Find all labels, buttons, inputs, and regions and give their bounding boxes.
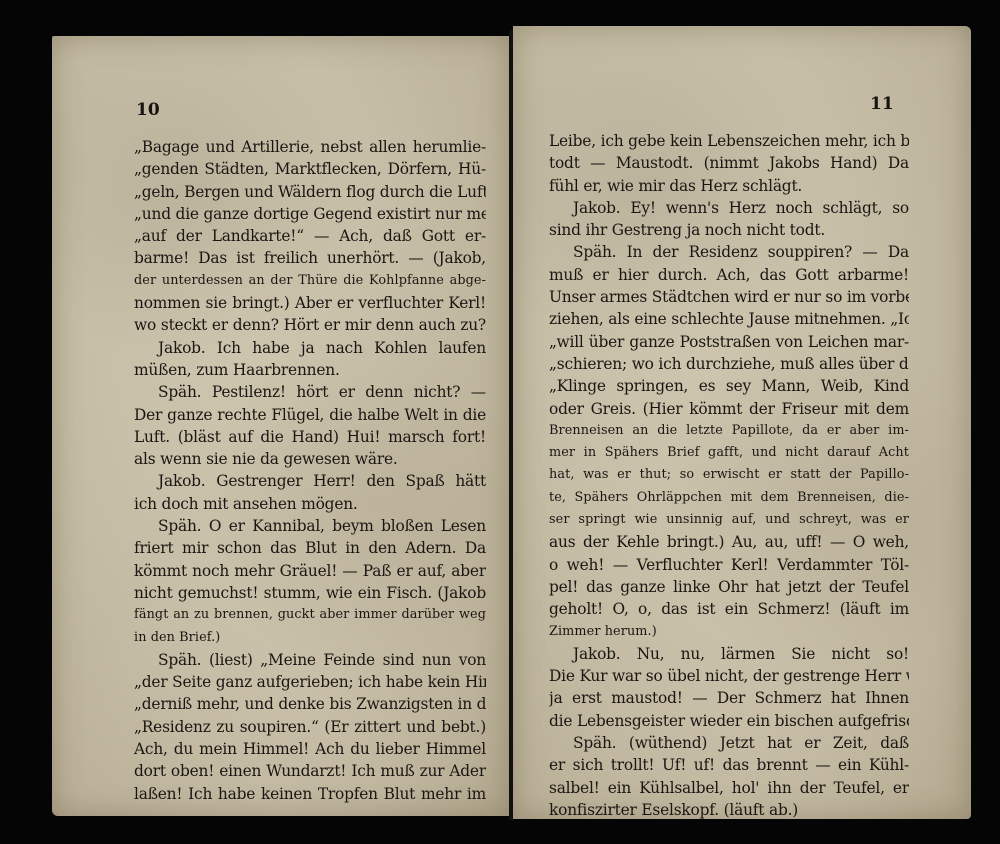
page-number-right: 11 [870,94,894,114]
text-line: kömmt noch mehr Gräuel! — Paß er auf, ab… [134,560,486,582]
text-line: mer in Spähers Brief gafft, und nicht da… [549,442,909,464]
text-line: „und die ganze dortige Gegend existirt n… [134,203,486,225]
text-line: nommen sie bringt.) Aber er verfluchter … [134,292,486,314]
text-line: friert mir schon das Blut in den Adern. … [134,537,486,559]
text-line: Ach, du mein Himmel! Ach du lieber Himme… [134,738,486,760]
text-line: Luft. (bläst auf die Hand) Hui! marsch f… [134,426,486,448]
text-line: Jakob. Ich habe ja nach Kohlen laufen [134,337,486,359]
text-line: Späh. Pestilenz! hört er denn nicht? — [134,381,486,403]
text-line: Späh. (liest) „Meine Feinde sind nun von [134,649,486,671]
text-line: Leibe, ich gebe kein Lebenszeichen mehr,… [549,130,909,152]
text-line: dort oben! einen Wundarzt! Ich muß zur A… [134,760,486,782]
text-line: ziehen, als eine schlechte Jause mitnehm… [549,308,909,330]
text-line: Späh. O er Kannibal, beym bloßen Lesen [134,515,486,537]
text-line: „geln, Bergen und Wäldern flog durch die… [134,181,486,203]
text-line: sind ihr Gestreng ja noch nicht todt. [549,219,909,241]
text-line: Späh. In der Residenz souppiren? — Da [549,241,909,263]
text-line: fühl er, wie mir das Herz schlägt. [549,175,909,197]
text-line: laßen! Ich habe keinen Tropfen Blut mehr… [134,783,486,805]
text-line: ja erst maustod! — Der Schmerz hat Ihnen [549,687,909,709]
text-line: Unser armes Städtchen wird er nur so im … [549,286,909,308]
text-line: „Residenz zu soupiren.“ (Er zittert und … [134,716,486,738]
left-page-text: „Bagage und Artillerie, nebst allen heru… [134,136,486,805]
text-line: konfiszirter Eselskopf. (läuft ab.) [549,799,909,821]
text-line: fängt an zu brennen, guckt aber immer da… [134,604,486,626]
text-line: müßen, zum Haarbrennen. [134,359,486,381]
text-line: aus der Kehle bringt.) Au, au, uff! — O … [549,531,909,553]
text-line: die Lebensgeister wieder ein bischen auf… [549,710,909,732]
text-line: salbel! ein Kühlsalbel, hol' ihn der Teu… [549,777,909,799]
text-line: „der Seite ganz aufgerieben; ich habe ke… [134,671,486,693]
text-line: ser springt wie unsinnig auf, und schrey… [549,509,909,531]
text-line: Die Kur war so übel nicht, der gestrenge… [549,665,909,687]
text-line: geholt! O, o, das ist ein Schmerz! (läuf… [549,598,909,620]
text-line: in den Brief.) [134,627,486,649]
text-line: Jakob. Ey! wenn's Herz noch schlägt, so [549,197,909,219]
text-line: hat, was er thut; so erwischt er statt d… [549,464,909,486]
text-line: „auf der Landkarte!“ — Ach, daß Gott er- [134,225,486,247]
page-number-left: 10 [136,100,160,120]
right-page-text: Leibe, ich gebe kein Lebenszeichen mehr,… [549,130,909,821]
text-line: Der ganze rechte Flügel, die halbe Welt … [134,404,486,426]
text-line: der unterdessen an der Thüre die Kohlpfa… [134,270,486,292]
text-line: Jakob. Gestrenger Herr! den Spaß hätt [134,470,486,492]
text-line: wo steckt er denn? Hört er mir denn auch… [134,314,486,336]
text-line: „derniß mehr, und denke bis Zwanzigsten … [134,693,486,715]
text-line: „will über ganze Poststraßen von Leichen… [549,331,909,353]
text-line: Zimmer herum.) [549,621,909,643]
text-line: er sich trollt! Uf! uf! das brennt — ein… [549,754,909,776]
text-line: Späh. (wüthend) Jetzt hat er Zeit, daß [549,732,909,754]
text-line: muß er hier durch. Ach, das Gott arbarme… [549,264,909,286]
text-line: o weh! — Verfluchter Kerl! Verdammter Tö… [549,554,909,576]
text-line: „genden Städten, Marktflecken, Dörfern, … [134,158,486,180]
right-page: 11 Leibe, ich gebe kein Lebenszeichen me… [513,26,971,819]
text-line: „Bagage und Artillerie, nebst allen heru… [134,136,486,158]
text-line: barme! Das ist freilich unerhört. — (Jak… [134,247,486,269]
text-line: todt — Maustodt. (nimmt Jakobs Hand) Da [549,152,909,174]
left-page: 10 „Bagage und Artillerie, nebst allen h… [52,36,509,816]
text-line: „Klinge springen, es sey Mann, Weib, Kin… [549,375,909,397]
text-line: als wenn sie nie da gewesen wäre. [134,448,486,470]
text-line: „schieren; wo ich durchziehe, muß alles … [549,353,909,375]
text-line: Brenneisen an die letzte Papillote, da e… [549,420,909,442]
text-line: oder Greis. (Hier kömmt der Friseur mit … [549,398,909,420]
text-line: pel! das ganze linke Ohr hat jetzt der T… [549,576,909,598]
text-line: nicht gemuchst! stumm, wie ein Fisch. (J… [134,582,486,604]
text-line: te, Spähers Ohrläppchen mit dem Brenneis… [549,487,909,509]
text-line: ich doch mit ansehen mögen. [134,493,486,515]
text-line: Jakob. Nu, nu, lärmen Sie nicht so! [549,643,909,665]
